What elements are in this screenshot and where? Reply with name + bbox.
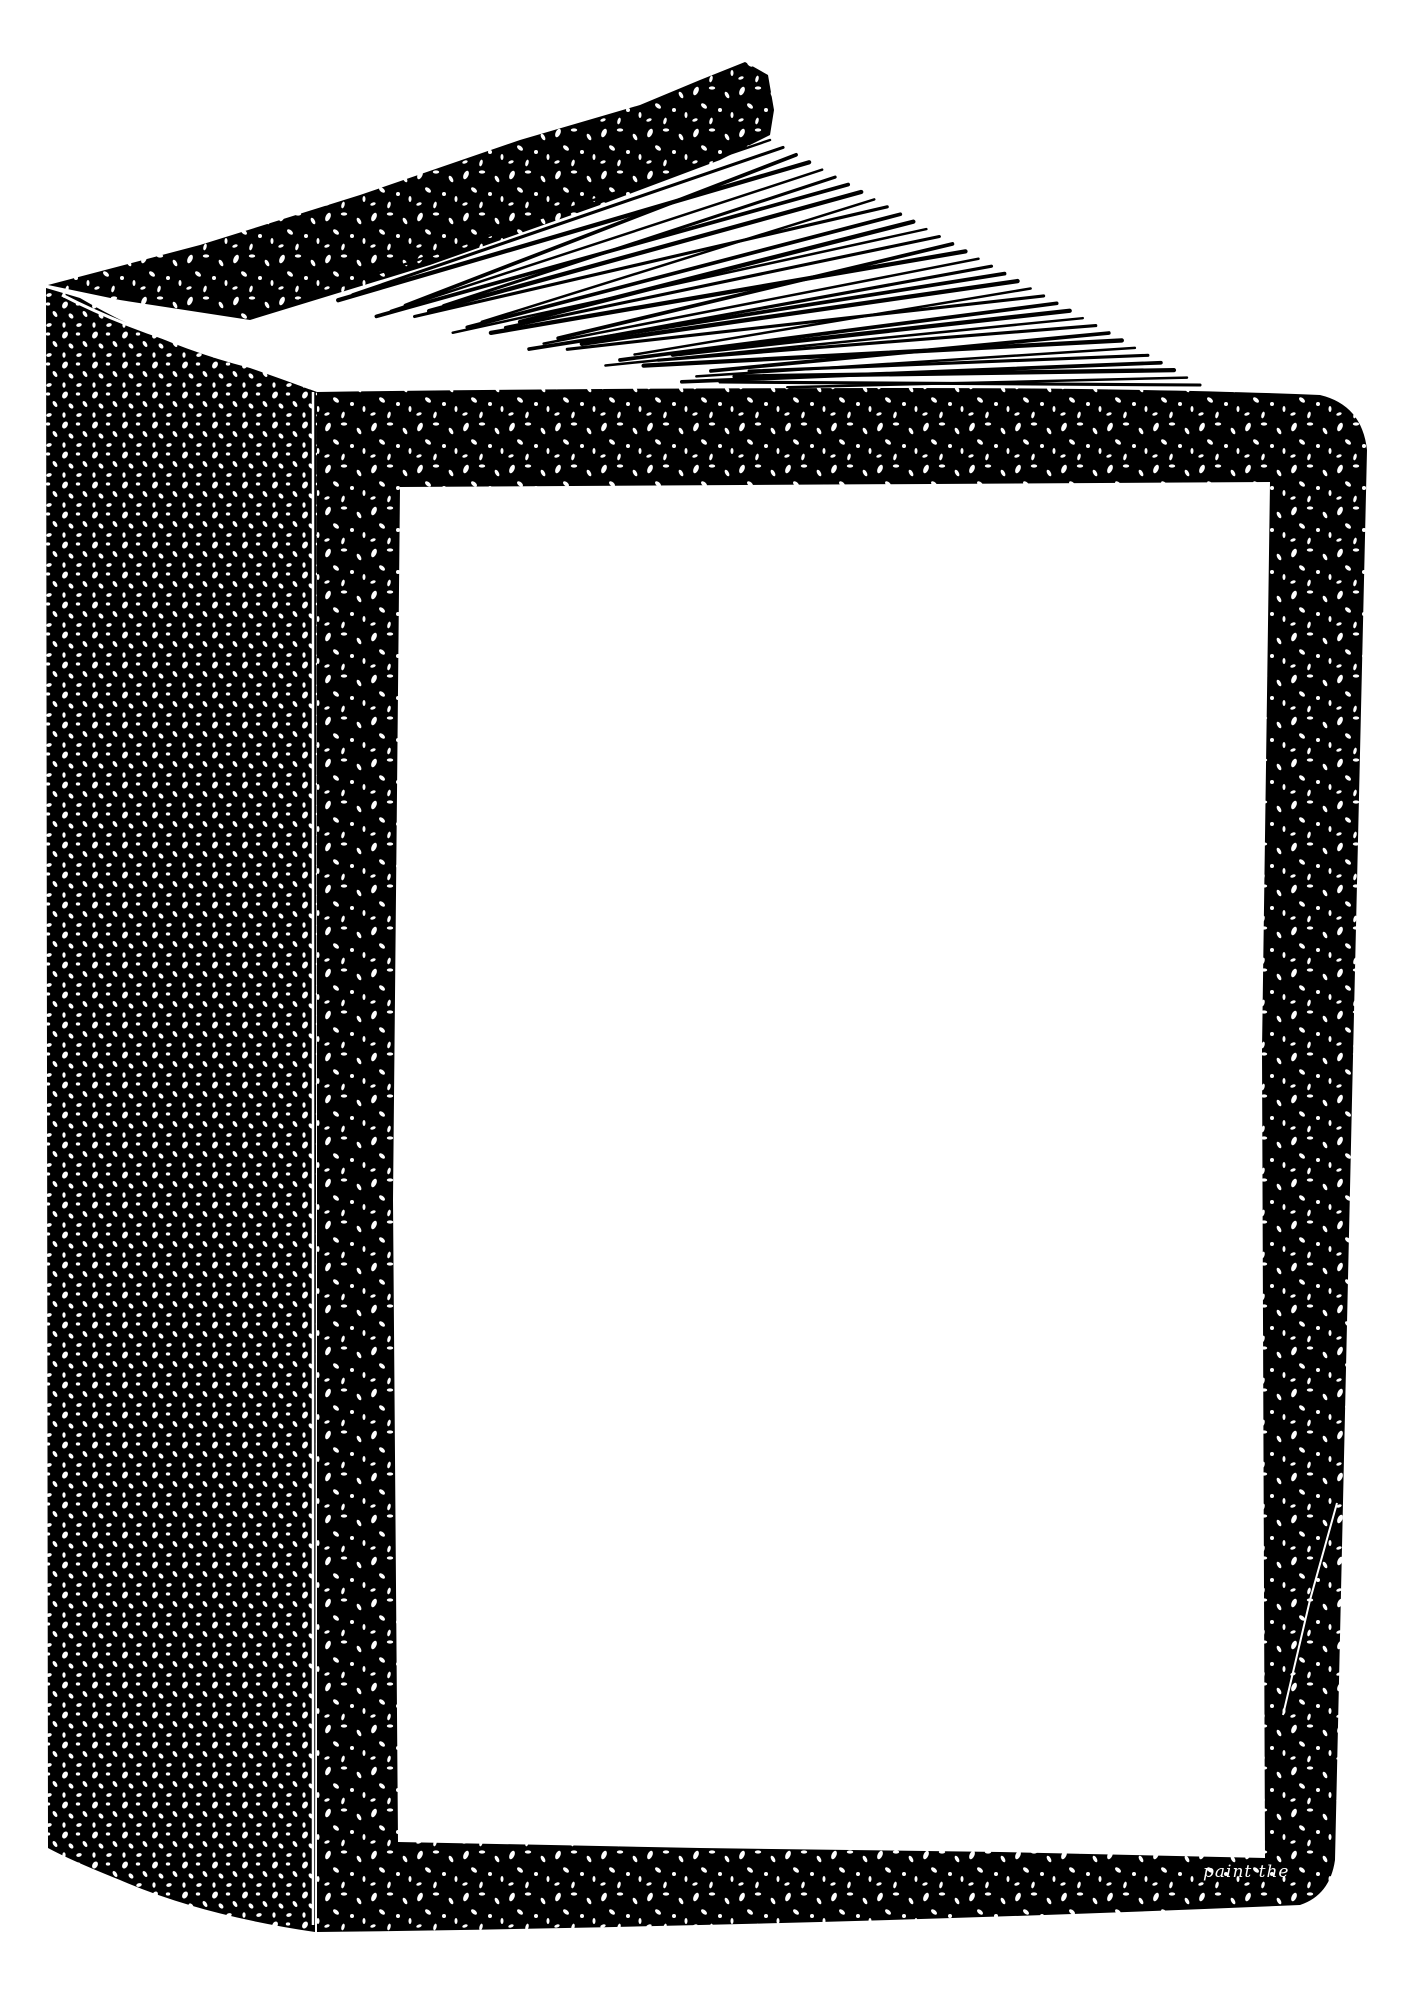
cover-panel <box>393 482 1270 1858</box>
spine <box>46 288 317 1932</box>
watermark-text: paint the <box>1203 1862 1331 1882</box>
book-illustration <box>0 0 1405 2000</box>
